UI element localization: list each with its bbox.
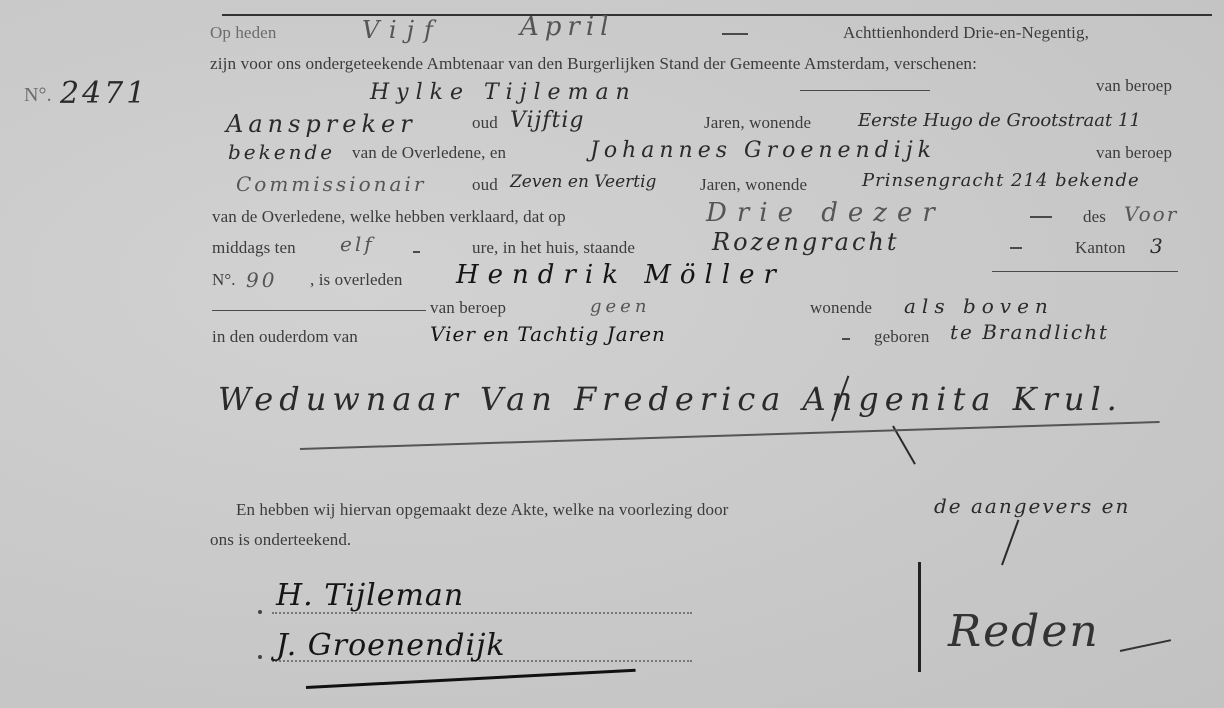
printed-is-overleden: , is overleden xyxy=(310,270,403,290)
house-number: 90 xyxy=(246,268,277,292)
printed-ons-is-onderteekend: ons is onderteekend. xyxy=(210,530,351,550)
day-of-registration: Vijf xyxy=(362,16,443,44)
declarant1-address: Eerste Hugo de Grootstraat 11 xyxy=(858,110,1141,131)
signature-declarant1: H. Tijleman xyxy=(276,578,464,613)
printed-des: des xyxy=(1083,207,1106,227)
signature-bullet xyxy=(258,655,262,659)
death-certificate-scan: — N°. 2471 Op heden Vijf April Achttienh… xyxy=(0,0,1224,708)
fill-line xyxy=(212,310,426,311)
fill-line xyxy=(992,271,1178,272)
declarant2-name: Johannes Groenendijk xyxy=(590,138,936,163)
dash xyxy=(1010,247,1022,249)
record-number: 2471 xyxy=(60,76,148,111)
printed-jaren-wonende-1: Jaren, wonende xyxy=(704,113,811,133)
widower-remark: Weduwnaar Van Frederica Angenita Krul. xyxy=(218,380,1123,418)
signed-by-declarants: de aangevers en xyxy=(934,494,1130,518)
signature-official: Reden xyxy=(948,606,1100,657)
printed-geboren: geboren xyxy=(874,327,929,347)
printed-ouderdom: in den ouderdom van xyxy=(212,327,358,347)
cross-stroke xyxy=(892,426,916,465)
printed-wonende-3: wonende xyxy=(810,298,872,318)
hour-of-death: elf xyxy=(340,232,375,256)
printed-op-heden: Op heden xyxy=(210,23,276,43)
dash xyxy=(1030,216,1052,218)
closing-rule xyxy=(300,421,1160,450)
signature-underline-flourish xyxy=(306,669,636,689)
printed-oud-2: oud xyxy=(472,175,498,195)
declarant1-occupation: Aanspreker xyxy=(226,110,417,138)
dash xyxy=(722,33,748,35)
deceased-name: Hendrik Möller xyxy=(456,260,785,290)
printed-year: Achttienhonderd Drie-en-Negentig, xyxy=(843,23,1089,43)
printed-van-de-overledene-en: van de Overledene, en xyxy=(352,143,506,163)
dash xyxy=(413,251,420,253)
kanton-number: 3 xyxy=(1150,234,1164,258)
printed-van-beroep-2: van beroep xyxy=(1096,143,1172,163)
pen-stroke xyxy=(1001,520,1019,566)
printed-middags-ten: middags ten xyxy=(212,238,296,258)
printed-van-beroep-1: van beroep xyxy=(1096,76,1172,96)
declarant2-occupation: Commissionair xyxy=(236,172,426,196)
printed-verklaard: van de Overledene, welke hebben verklaar… xyxy=(212,207,566,227)
printed-official-statement: zijn voor ons ondergeteekende Ambtenaar … xyxy=(210,54,977,74)
date-of-death: Drie dezer xyxy=(706,198,945,228)
signature-official-flourish xyxy=(1120,639,1171,652)
deceased-occupation: geen xyxy=(590,296,650,317)
previous-record-fragment: — xyxy=(240,0,263,11)
record-number-label: N°. xyxy=(24,84,52,107)
fill-line xyxy=(800,90,930,91)
month-of-registration: April xyxy=(520,12,614,42)
printed-closing-statement: En hebben wij hiervan opgemaakt deze Akt… xyxy=(236,500,728,520)
signature-bullet xyxy=(258,610,262,614)
printed-van-beroep-3: van beroep xyxy=(430,298,506,318)
declarant2-address: Prinsengracht 214 bekende xyxy=(862,170,1140,191)
deceased-residence: als boven xyxy=(904,294,1054,318)
declarant1-name: Hylke Tijleman xyxy=(370,80,637,105)
time-of-day: Voor xyxy=(1124,202,1178,226)
bekende-1: bekende xyxy=(228,140,335,164)
printed-kanton: Kanton xyxy=(1075,238,1126,258)
signature-separator-bracket xyxy=(918,562,921,672)
printed-oud-1: oud xyxy=(472,113,498,133)
deceased-age: Vier en Tachtig Jaren xyxy=(430,322,666,346)
street-of-death: Rozengracht xyxy=(712,228,900,256)
declarant2-age: Zeven en Veertig xyxy=(510,172,656,192)
signature-declarant2: J. Groenendijk xyxy=(276,628,506,663)
birthplace: te Brandlicht xyxy=(950,320,1109,344)
printed-ure-in-het-huis: ure, in het huis, staande xyxy=(472,238,635,258)
dash xyxy=(842,338,850,340)
printed-jaren-wonende-2: Jaren, wonende xyxy=(700,175,807,195)
declarant1-age: Vijftig xyxy=(510,108,584,133)
printed-no: N°. xyxy=(212,270,236,290)
